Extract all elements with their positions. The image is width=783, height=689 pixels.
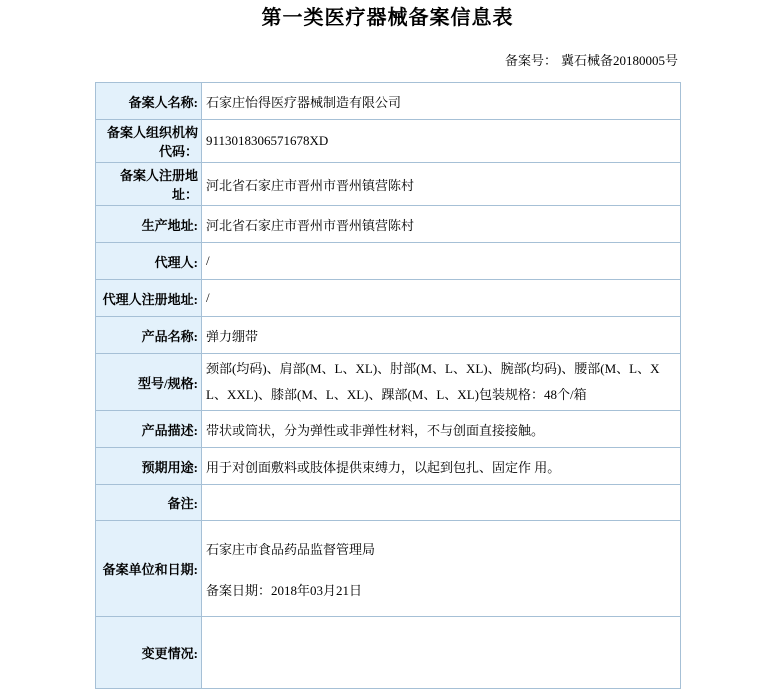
row-label-production-address: 生产地址:: [96, 206, 202, 243]
row-label-agent-address: 代理人注册地址:: [96, 280, 202, 317]
registration-number: 备案号：冀石械备20180005号: [95, 50, 680, 69]
table-row-filing-unit-date: 备案单位和日期: 石家庄市食品药品监督管理局 备案日期：2018年03月21日: [96, 521, 681, 617]
row-label-change-status: 变更情况:: [96, 617, 202, 689]
page-title: 第一类医疗器械备案信息表: [95, 6, 680, 30]
table-row-filer-name: 备案人名称: 石家庄怡得医疗器械制造有限公司: [96, 83, 681, 120]
row-label-product-description: 产品描述:: [96, 411, 202, 448]
table-row-product-description: 产品描述: 带状或筒状，分为弹性或非弹性材料，不与创面直接接触。: [96, 411, 681, 448]
row-value-product-description: 带状或筒状，分为弹性或非弹性材料，不与创面直接接触。: [202, 411, 681, 448]
row-value-agent: /: [202, 243, 681, 280]
row-value-filer-name: 石家庄怡得医疗器械制造有限公司: [202, 83, 681, 120]
row-label-model-spec: 型号/规格:: [96, 354, 202, 411]
table-row-agent-address: 代理人注册地址: /: [96, 280, 681, 317]
row-value-model-spec: 颈部(均码)、肩部(M、L、XL)、肘部(M、L、XL)、腕部(均码)、腰部(M…: [202, 354, 681, 411]
row-label-filer-name: 备案人名称:: [96, 83, 202, 120]
row-label-org-code: 备案人组织机构代码：: [96, 120, 202, 163]
row-label-registered-address: 备案人注册地址：: [96, 163, 202, 206]
row-value-change-status: [202, 617, 681, 689]
row-label-product-name: 产品名称:: [96, 317, 202, 354]
row-value-intended-use: 用于对创面敷料或肢体提供束缚力，以起到包扎、固定作 用。: [202, 448, 681, 485]
registration-info-table: 备案人名称: 石家庄怡得医疗器械制造有限公司 备案人组织机构代码： 911301…: [95, 82, 681, 689]
row-label-remarks: 备注:: [96, 485, 202, 521]
table-row-agent: 代理人: /: [96, 243, 681, 280]
registration-number-label: 备案号：: [505, 53, 557, 68]
table-row-intended-use: 预期用途: 用于对创面敷料或肢体提供束缚力，以起到包扎、固定作 用。: [96, 448, 681, 485]
table-row-product-name: 产品名称: 弹力绷带: [96, 317, 681, 354]
row-value-agent-address: /: [202, 280, 681, 317]
row-label-intended-use: 预期用途:: [96, 448, 202, 485]
row-label-agent: 代理人:: [96, 243, 202, 280]
row-value-registered-address: 河北省石家庄市晋州市晋州镇营陈村: [202, 163, 681, 206]
table-row-model-spec: 型号/规格: 颈部(均码)、肩部(M、L、XL)、肘部(M、L、XL)、腕部(均…: [96, 354, 681, 411]
filing-unit-name: 石家庄市食品药品监督管理局: [206, 539, 674, 558]
table-row-change-status: 变更情况:: [96, 617, 681, 689]
table-row-org-code: 备案人组织机构代码： 9113018306571678XD: [96, 120, 681, 163]
table-row-remarks: 备注:: [96, 485, 681, 521]
row-value-filing-unit-date: 石家庄市食品药品监督管理局 备案日期：2018年03月21日: [202, 521, 681, 617]
table-row-registered-address: 备案人注册地址： 河北省石家庄市晋州市晋州镇营陈村: [96, 163, 681, 206]
filing-date: 备案日期：2018年03月21日: [206, 580, 674, 599]
row-value-product-name: 弹力绷带: [202, 317, 681, 354]
row-label-filing-unit-date: 备案单位和日期:: [96, 521, 202, 617]
row-value-remarks: [202, 485, 681, 521]
table-row-production-address: 生产地址: 河北省石家庄市晋州市晋州镇营陈村: [96, 206, 681, 243]
form-page: 第一类医疗器械备案信息表 备案号：冀石械备20180005号 备案人名称: 石家…: [95, 0, 680, 689]
row-value-production-address: 河北省石家庄市晋州市晋州镇营陈村: [202, 206, 681, 243]
registration-number-value: 冀石械备20180005号: [561, 53, 678, 68]
row-value-org-code: 9113018306571678XD: [202, 120, 681, 163]
